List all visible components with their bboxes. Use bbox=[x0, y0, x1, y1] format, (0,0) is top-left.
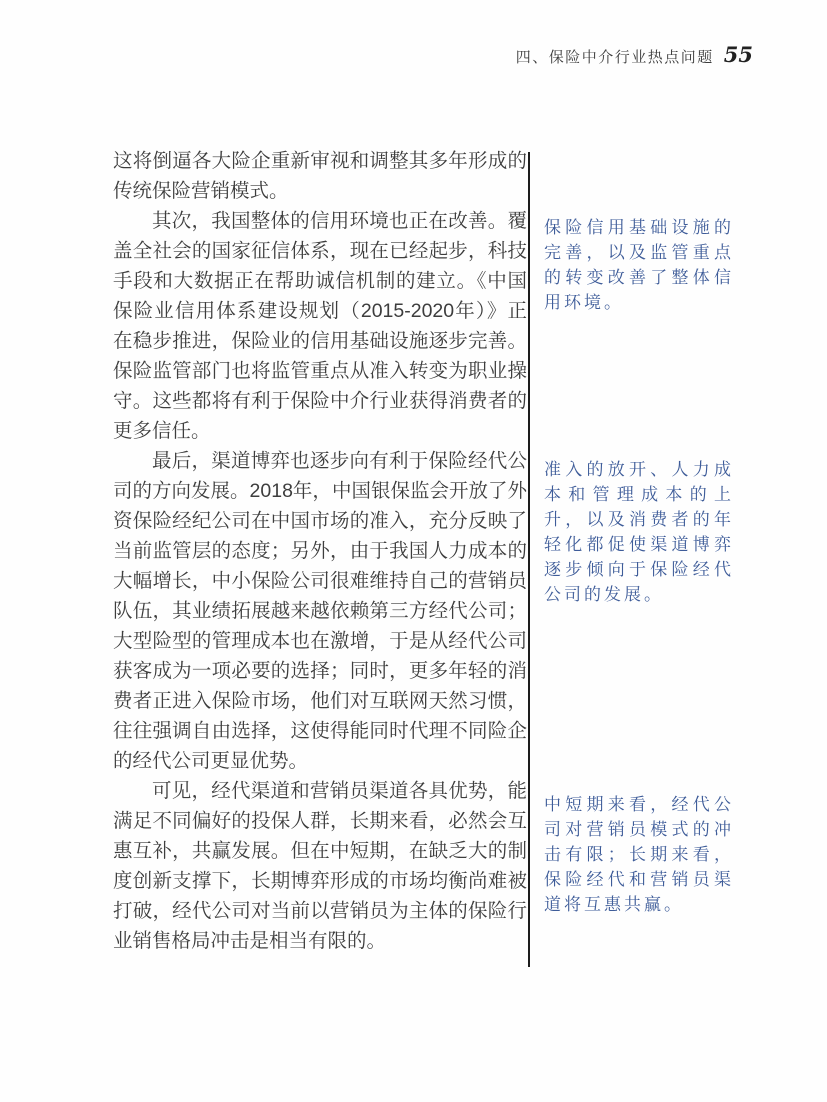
body-paragraph: 最后，渠道博弈也逐步向有利于保险经代公司的方向发展。2018年，中国银保监会开放… bbox=[113, 446, 527, 776]
book-page: 四、保险中介行业热点问题 55 这将倒逼各大险企重新审视和调整其多年形成的传统保… bbox=[0, 0, 827, 1102]
body-paragraph: 其次，我国整体的信用环境也正在改善。覆盖全社会的国家征信体系，现在已经起步，科技… bbox=[113, 206, 527, 446]
body-paragraph: 这将倒逼各大险企重新审视和调整其多年形成的传统保险营销模式。 bbox=[113, 146, 527, 206]
margin-note: 准入的放开、人力成本和管理成本的上升，以及消费者的年轻化都促使渠道博弈逐步倾向于… bbox=[544, 457, 734, 607]
column-divider-line bbox=[528, 152, 530, 967]
margin-note: 保险信用基础设施的完善，以及监管重点的转变改善了整体信用环境。 bbox=[544, 215, 734, 315]
body-paragraph: 可见，经代渠道和营销员渠道各具优势，能满足不同偏好的投保人群，长期来看，必然会互… bbox=[113, 776, 527, 956]
margin-note: 中短期来看，经代公司对营销员模式的冲击有限；长期来看，保险经代和营销员渠道将互惠… bbox=[544, 792, 734, 917]
body-text-column: 这将倒逼各大险企重新审视和调整其多年形成的传统保险营销模式。 其次，我国整体的信… bbox=[113, 146, 527, 956]
margin-notes-column: 保险信用基础设施的完善，以及监管重点的转变改善了整体信用环境。 准入的放开、人力… bbox=[544, 0, 736, 1102]
